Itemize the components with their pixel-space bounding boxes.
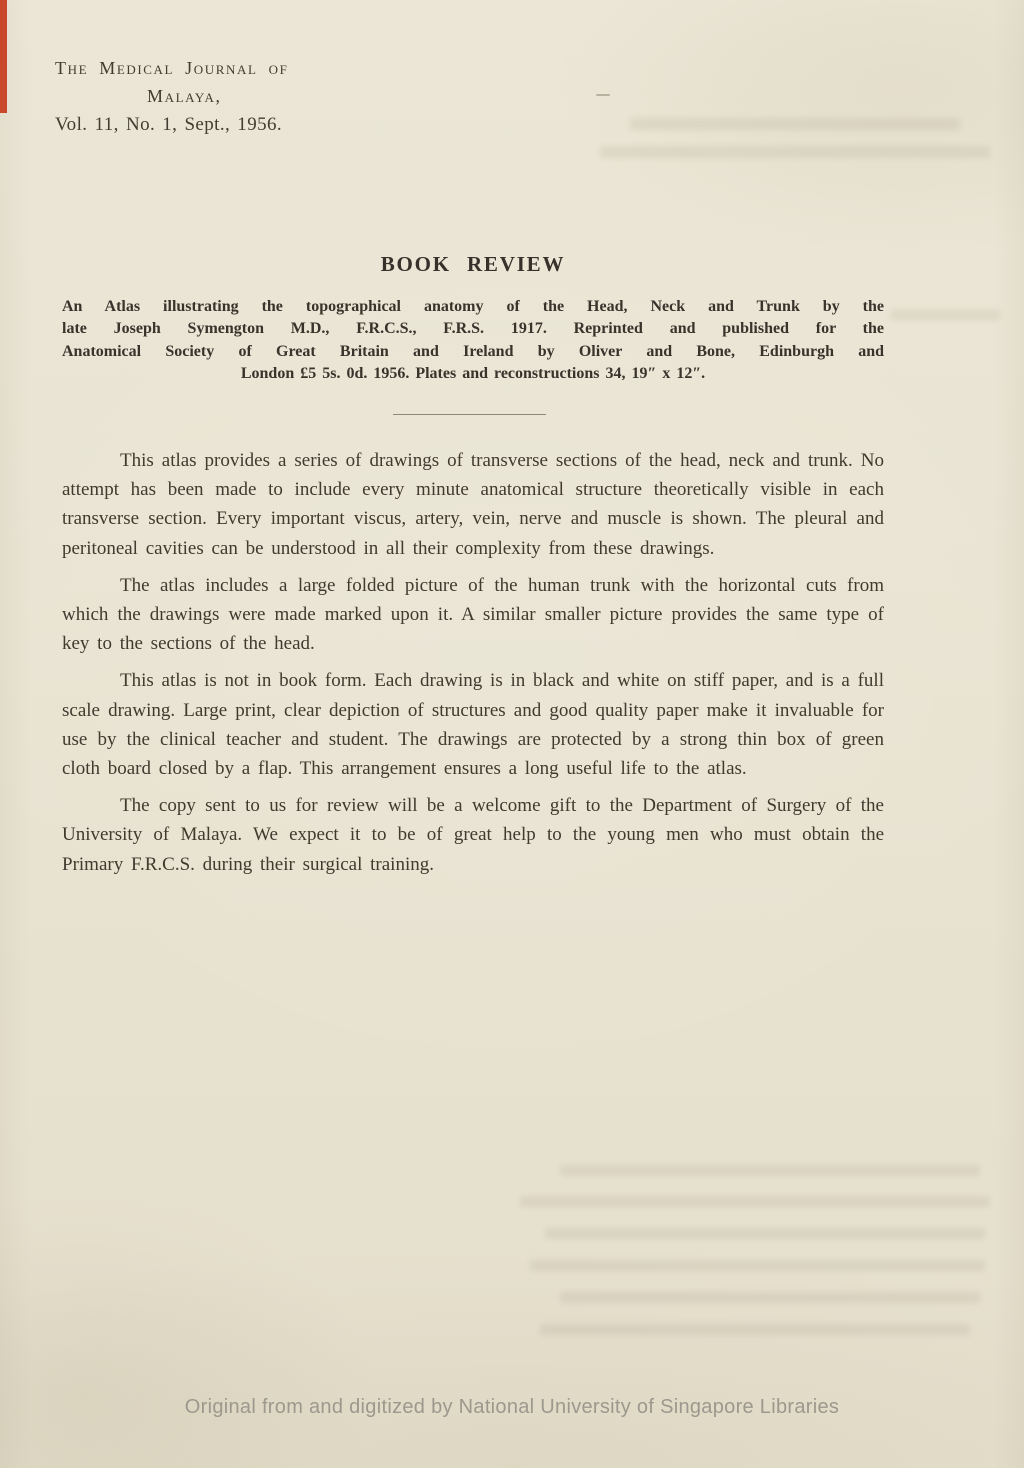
review-paragraph: The atlas includes a large folded pictur… <box>62 571 884 659</box>
section-divider-rule <box>393 414 546 415</box>
bleed-through-ghost <box>530 1260 985 1271</box>
digitization-watermark: Original from and digitized by National … <box>0 1396 1024 1419</box>
review-body: This atlas provides a series of drawings… <box>62 446 884 887</box>
citation-line: late Joseph Symengton M.D., F.R.C.S., F.… <box>62 318 884 340</box>
journal-title-line2: Malaya, <box>147 86 288 107</box>
bleed-through-ghost <box>540 1324 970 1335</box>
journal-issue-line: Vol. 11, No. 1, Sept., 1956. <box>55 114 288 136</box>
bleed-through-ghost <box>520 1196 990 1207</box>
review-paragraph: The copy sent to us for review will be a… <box>62 791 884 879</box>
red-edge-mark <box>0 0 7 113</box>
bleed-through-ghost <box>545 1228 985 1239</box>
scanned-journal-page: { "page": { "paper_color": "#e9e4d3", "i… <box>0 0 1024 1468</box>
citation-line: London £5 5s. 0d. 1956. Plates and recon… <box>62 363 884 385</box>
masthead: The Medical Journal of Malaya, Vol. 11, … <box>55 58 288 136</box>
review-paragraph: This atlas is not in book form. Each dra… <box>62 666 884 783</box>
journal-title-line1: The Medical Journal of <box>55 58 288 79</box>
bleed-through-ghost <box>890 310 1000 320</box>
bleed-through-ghost <box>560 1165 980 1176</box>
review-paragraph: This atlas provides a series of drawings… <box>62 446 884 563</box>
bleed-through-ghost <box>560 1292 980 1303</box>
citation-line: Anatomical Society of Great Britain and … <box>62 341 884 363</box>
page-title: BOOK REVIEW <box>62 252 884 277</box>
book-citation: An Atlas illustrating the topographical … <box>62 296 884 386</box>
citation-line: An Atlas illustrating the topographical … <box>62 296 884 318</box>
bleed-through-ghost <box>630 118 960 130</box>
bleed-through-ghost <box>600 146 990 158</box>
stray-ink-mark <box>596 94 610 96</box>
